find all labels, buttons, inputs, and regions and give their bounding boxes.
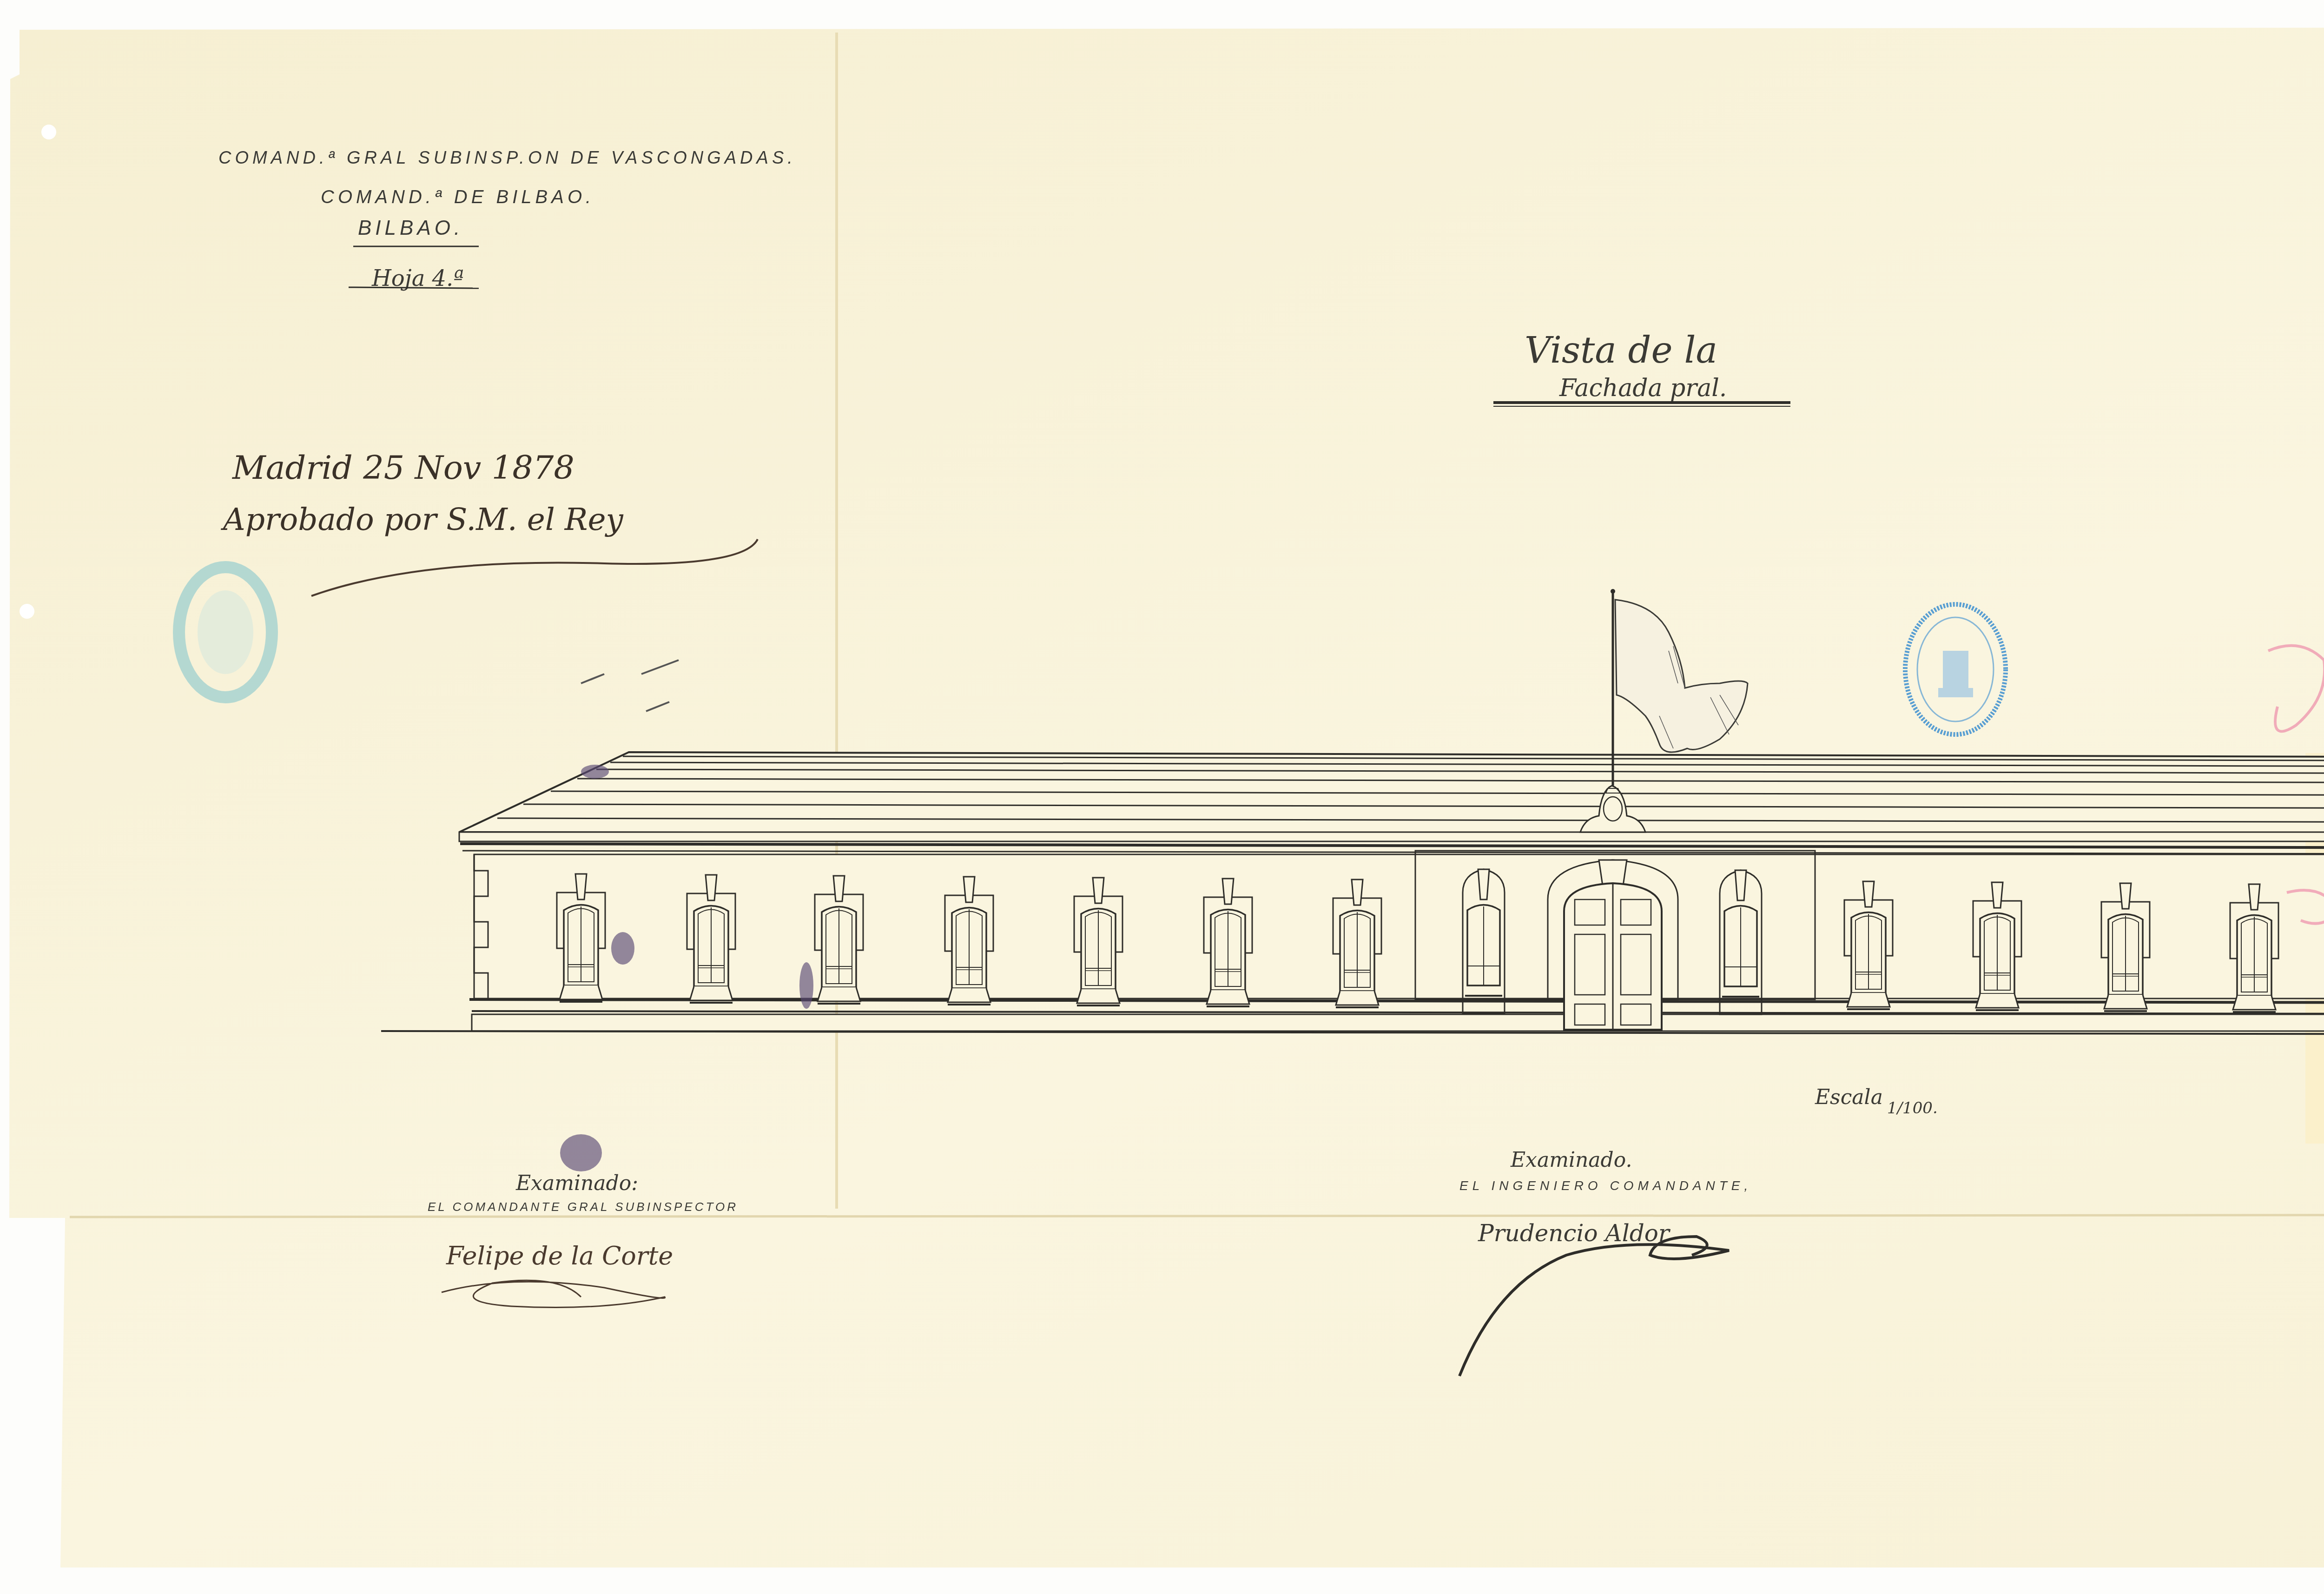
punch-hole xyxy=(41,125,56,139)
signature-1: Felipe de la Corte xyxy=(446,1241,673,1270)
signature-2: Prudencio Aldor xyxy=(1478,1220,1671,1247)
role-2: EL INGENIERO COMANDANTE, xyxy=(1459,1178,1752,1193)
facade-wall xyxy=(474,854,2324,999)
header-line2: COMAND.ª DE BILBAO. xyxy=(321,187,594,207)
header-line1: COMAND.ª GRAL SUBINSP.ON DE VASCONGADAS. xyxy=(218,148,796,168)
scale-value: 1/100. xyxy=(1887,1099,1938,1118)
title-line2: Fachada pral. xyxy=(1559,374,1727,402)
approval-text: Aprobado por S.M. el Rey xyxy=(220,502,624,537)
approval-date: Madrid 25 Nov 1878 xyxy=(231,449,574,487)
punch-hole xyxy=(20,604,34,619)
examined-label-1: Examinado: xyxy=(515,1171,638,1195)
scanned-drawing: COMAND.ª GRAL SUBINSP.ON DE VASCONGADAS.… xyxy=(0,0,2324,1594)
elevation-drawing: COMAND.ª GRAL SUBINSP.ON DE VASCONGADAS.… xyxy=(0,0,2324,1594)
examined-label-2: Examinado. xyxy=(1510,1148,1632,1172)
role-1: EL COMANDANTE GRAL SUBINSPECTOR xyxy=(428,1200,738,1214)
svg-text:Escala: Escala xyxy=(1815,1085,1883,1109)
header-line3: BILBAO. xyxy=(358,217,463,239)
title-line1: Vista de la xyxy=(1525,330,1717,371)
